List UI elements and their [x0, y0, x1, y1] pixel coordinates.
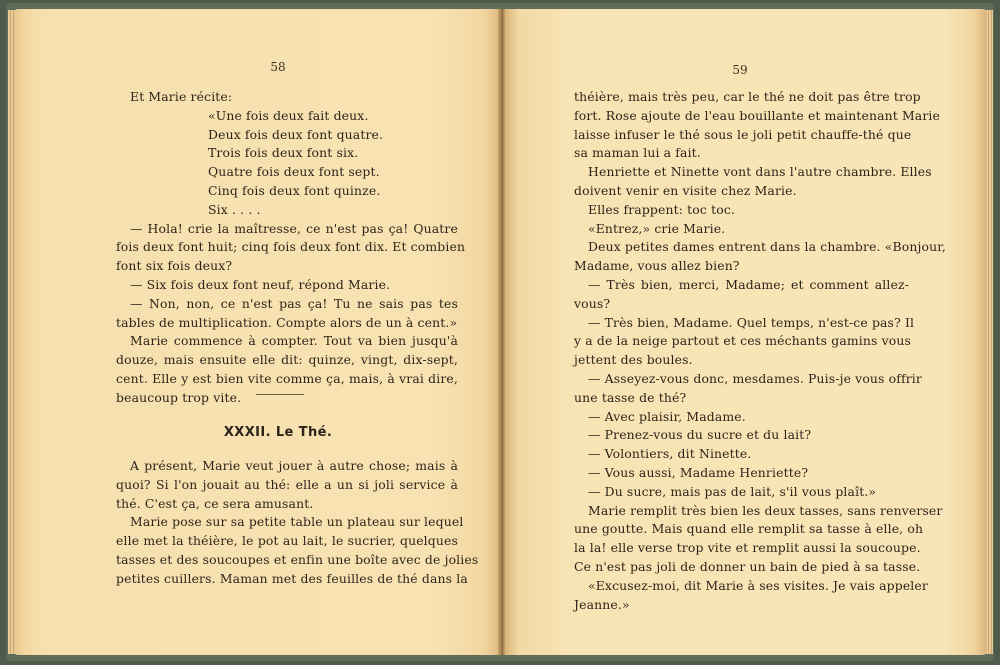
- intro-line: Et Marie récite:: [116, 88, 458, 107]
- verse-line: Cinq fois deux font quinze.: [116, 182, 458, 201]
- text-line: — Prenez-vous du sucre et du lait?: [574, 426, 909, 445]
- verse-line: Deux fois deux font quatre.: [116, 126, 458, 145]
- page-number-left: 58: [258, 60, 298, 74]
- left-page: 58 Et Marie récite: «Une fois deux fait …: [14, 9, 502, 655]
- text-line: — Très bien, Madame. Quel temps, n'est-c…: [574, 314, 909, 333]
- text-line: une goutte. Mais quand elle remplit sa t…: [574, 520, 909, 539]
- right-page-text: théière, mais très peu, car le thé ne do…: [574, 88, 909, 614]
- text-line: fois deux font huit; cinq fois deux font…: [116, 238, 458, 257]
- text-line: fort. Rose ajoute de l'eau bouillante et…: [574, 107, 909, 126]
- text-line: Henriette et Ninette vont dans l'autre c…: [574, 163, 909, 182]
- text-line: quoi? Si l'on jouait au thé: elle a un s…: [116, 476, 458, 495]
- text-line: A présent, Marie veut jouer à autre chos…: [116, 457, 458, 476]
- text-line: — Volontiers, dit Ninette.: [574, 445, 909, 464]
- text-line: y a de la neige partout et ces méchants …: [574, 332, 909, 351]
- text-line: Deux petites dames entrent dans la chamb…: [574, 238, 909, 257]
- text-line: doivent venir en visite chez Marie.: [574, 182, 909, 201]
- text-line: la la! elle verse trop vite et remplit a…: [574, 539, 909, 558]
- text-line: théière, mais très peu, car le thé ne do…: [574, 88, 909, 107]
- text-line: Marie pose sur sa petite table un platea…: [116, 513, 458, 532]
- text-line: Madame, vous allez bien?: [574, 257, 909, 276]
- text-line: font six fois deux?: [116, 257, 458, 276]
- text-line: laisse infuser le thé sous le joli petit…: [574, 126, 909, 145]
- text-line: Elles frappent: toc toc.: [574, 201, 909, 220]
- text-line: tables de multiplication. Compte alors d…: [116, 314, 458, 333]
- text-line: vous?: [574, 295, 909, 314]
- text-line: Jeanne.»: [574, 596, 909, 615]
- text-line: une tasse de thé?: [574, 389, 909, 408]
- left-page-text: Et Marie récite: «Une fois deux fait deu…: [116, 88, 458, 408]
- text-line: — Du sucre, mais pas de lait, s'il vous …: [574, 483, 909, 502]
- text-line: beaucoup trop vite.: [116, 389, 458, 408]
- page-number-right: 59: [720, 63, 760, 77]
- text-line: Marie remplit très bien les deux tasses,…: [574, 502, 909, 521]
- right-page: 59 théière, mais très peu, car le thé ne…: [505, 9, 987, 655]
- text-line: — Hola! crie la maîtresse, ce n'est pas …: [116, 220, 458, 239]
- verse-line: Quatre fois deux font sept.: [116, 163, 458, 182]
- left-page-text-chapter: A présent, Marie veut jouer à autre chos…: [116, 457, 458, 589]
- verse-line: «Une fois deux fait deux.: [116, 107, 458, 126]
- text-line: Marie commence à compter. Tout va bien j…: [116, 332, 458, 351]
- text-line: jettent des boules.: [574, 351, 909, 370]
- text-line: — Avec plaisir, Madame.: [574, 408, 909, 427]
- text-line: petites cuillers. Maman met des feuilles…: [116, 570, 458, 589]
- text-line: thé. C'est ça, ce sera amusant.: [116, 495, 458, 514]
- verse-line: Trois fois deux font six.: [116, 144, 458, 163]
- text-line: «Entrez,» crie Marie.: [574, 220, 909, 239]
- text-line: — Six fois deux font neuf, répond Marie.: [116, 276, 458, 295]
- text-line: douze, mais ensuite elle dit: quinze, vi…: [116, 351, 458, 370]
- text-line: «Excusez-moi, dit Marie à ses visites. J…: [574, 577, 909, 596]
- text-line: sa maman lui a fait.: [574, 144, 909, 163]
- text-line: — Très bien, merci, Madame; et comment a…: [574, 276, 909, 295]
- text-line: — Asseyez-vous donc, mesdames. Puis-je v…: [574, 370, 909, 389]
- text-line: tasses et des soucoupes et enfin une boî…: [116, 551, 458, 570]
- text-line: — Vous aussi, Madame Henriette?: [574, 464, 909, 483]
- text-line: — Non, non, ce n'est pas ça! Tu ne sais …: [116, 295, 458, 314]
- text-line: cent. Elle y est bien vite comme ça, mai…: [116, 370, 458, 389]
- verse-line: Six . . . .: [116, 201, 458, 220]
- chapter-heading: XXXII. Le Thé.: [98, 425, 458, 440]
- text-line: Ce n'est pas joli de donner un bain de p…: [574, 558, 909, 577]
- text-line: elle met la théière, le pot au lait, le …: [116, 532, 458, 551]
- section-divider: [256, 394, 304, 395]
